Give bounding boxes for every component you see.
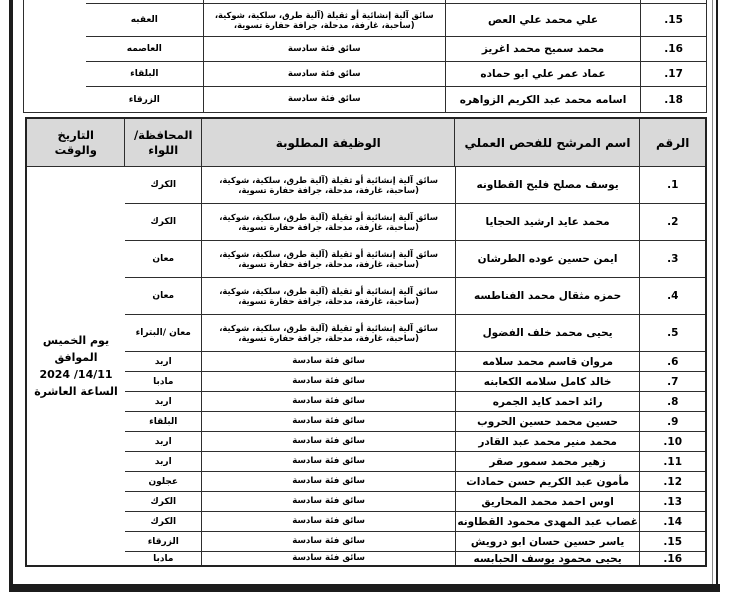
row-number-cell: 11. xyxy=(639,452,705,471)
job-line: (ساحبة، غارفة، مدحلة، جرافة حفارة تسوية، xyxy=(238,222,419,233)
job-line: سائق فئة سادسة xyxy=(288,44,361,55)
job-line: سائق فئة سادسة xyxy=(292,396,365,407)
table-row: 2.محمد عايد ارشيد الحجاياسائق آلية إنشائ… xyxy=(125,204,705,241)
candidate-name-cell: اوس احمد محمد المحاريق xyxy=(455,492,640,511)
job-cell: سائق فئة سادسة xyxy=(201,552,454,565)
candidate-name-cell: حمزه مثقال محمد الفناطسه xyxy=(455,278,640,314)
candidates-table-main: الرقم اسم المرشح للفحص العملي الوظيفة ال… xyxy=(25,117,707,567)
table-row: 11.زهير محمد سمور صقرسائق فئة سادسةاربد xyxy=(125,452,705,472)
governorate-cell: معان xyxy=(125,241,201,277)
job-line: سائق آلية إنشائية أو ثقيلة (آلية طرق، سل… xyxy=(219,212,438,223)
table-row: 15.علي محمد علي العصسائق آلية إنشائية أو… xyxy=(86,4,706,37)
header-required-job: الوظيفة المطلوبة xyxy=(201,119,455,166)
job-cell: سائق فئة سادسة xyxy=(203,87,445,112)
job-line: (ساحبة، غارفة، مدحلة، جرافة حفارة تسوية، xyxy=(238,333,419,344)
row-number-cell: 1. xyxy=(639,167,705,203)
candidate-name-cell: خالد كامل سلامه الكعابنه xyxy=(455,372,640,391)
job-cell: سائق آلية إنشائية أو ثقيلة (آلية طرق، سل… xyxy=(201,315,454,351)
governorate-cell: الكرك xyxy=(125,204,201,240)
job-line: سائق فئة سادسة xyxy=(288,69,361,80)
job-line: سائق فئة سادسة xyxy=(292,553,365,564)
candidate-name-cell: محمد سميح محمد اغريز xyxy=(445,37,640,61)
job-line: سائق فئة سادسة xyxy=(292,416,365,427)
row-number-cell: 5. xyxy=(639,315,705,351)
candidate-name-cell: زهير محمد سمور صقر xyxy=(455,452,640,471)
job-line: (ساحبة، غارفة، مدحلة، جرافة حفارة تسوية، xyxy=(238,296,419,307)
job-line: (ساحبة، غارفة، مدحلة، جرافة حفارة تسوية، xyxy=(238,259,419,270)
governorate-cell: الزرقاء xyxy=(86,87,203,112)
table-row: 15.ياسر حسين حسان ابو درويشسائق فئة سادس… xyxy=(125,532,705,552)
governorate-cell: اربد xyxy=(125,392,201,411)
row-number-cell: 6. xyxy=(639,352,705,371)
job-cell: سائق فئة سادسة xyxy=(201,432,454,451)
table-body: 15.علي محمد علي العصسائق آلية إنشائية أو… xyxy=(86,0,706,112)
candidate-name-cell: اسامه محمد عبد الكريم الزواهره xyxy=(445,87,640,112)
row-number-cell: 16. xyxy=(640,37,706,61)
job-line: سائق فئة سادسة xyxy=(292,456,365,467)
governorate-cell: البلقاء xyxy=(125,412,201,431)
job-cell: سائق آلية إنشائية أو ثقيلة (آلية طرق، سل… xyxy=(201,278,454,314)
job-line: سائق فئة سادسة xyxy=(292,516,365,527)
job-cell: سائق فئة سادسة xyxy=(203,37,445,61)
job-line: سائق فئة سادسة xyxy=(292,376,365,387)
row-number-cell: 13. xyxy=(639,492,705,511)
table-row: 13.اوس احمد محمد المحاريقسائق فئة سادسةا… xyxy=(125,492,705,512)
job-line: (ساحبة، غارفة، مدحلة، جرافة حفارة تسوية، xyxy=(238,185,419,196)
job-cell: سائق فئة سادسة xyxy=(201,352,454,371)
candidate-name-cell: محمد منير محمد عبد القادر xyxy=(455,432,640,451)
table-row: 16.يحيى محمود يوسف الحبابسهسائق فئة سادس… xyxy=(125,552,705,565)
job-cell: سائق فئة سادسة xyxy=(203,62,445,86)
header-datetime: التاريخوالوقت xyxy=(27,119,124,166)
table-row: 10.محمد منير محمد عبد القادرسائق فئة ساد… xyxy=(125,432,705,452)
job-cell: سائق فئة سادسة xyxy=(201,392,454,411)
job-cell: سائق آلية إنشائية أو ثقيلة (آلية طرق، سل… xyxy=(201,241,454,277)
table-row: 18.اسامه محمد عبد الكريم الزواهرهسائق فئ… xyxy=(86,87,706,112)
job-cell: سائق فئة سادسة xyxy=(201,472,454,491)
candidates-table-previous: 15.علي محمد علي العصسائق آلية إنشائية أو… xyxy=(23,0,707,113)
table-row: 17.عماد عمر علي ابو حمادهسائق فئة سادسةا… xyxy=(86,62,706,87)
row-number-cell: 8. xyxy=(639,392,705,411)
row-number-cell: 18. xyxy=(640,87,706,112)
job-line: سائق فئة سادسة xyxy=(292,536,365,547)
job-line: سائق فئة سادسة xyxy=(288,94,361,105)
row-number-cell: 10. xyxy=(639,432,705,451)
job-line: سائق فئة سادسة xyxy=(292,356,365,367)
job-cell: سائق فئة سادسة xyxy=(201,412,454,431)
row-number-cell: 16. xyxy=(639,552,705,565)
candidate-name-cell: ايمن حسين عوده الطرشان xyxy=(455,241,640,277)
table-row: 16.محمد سميح محمد اغريزسائق فئة سادسةالع… xyxy=(86,37,706,62)
table-row: 12.مأمون عبد الكريم حسن حماداتسائق فئة س… xyxy=(125,472,705,492)
governorate-cell: البلقاء xyxy=(86,62,203,86)
governorate-cell: عجلون xyxy=(125,472,201,491)
job-cell: سائق فئة سادسة xyxy=(201,372,454,391)
scanned-document-page: { "page": { "kind": "جدول مرشحي الفحص ال… xyxy=(0,0,734,600)
header-candidate-name: اسم المرشح للفحص العملي xyxy=(454,119,639,166)
governorate-cell: العقبه xyxy=(86,4,203,36)
table-row: 4.حمزه مثقال محمد الفناطسهسائق آلية إنشا… xyxy=(125,278,705,315)
governorate-cell xyxy=(86,0,203,3)
job-cell: سائق آلية إنشائية أو ثقيلة (آلية طرق، سل… xyxy=(201,204,454,240)
governorate-cell: مادبا xyxy=(125,552,201,565)
governorate-cell: العاصمه xyxy=(86,37,203,61)
row-number-cell xyxy=(640,0,706,3)
candidate-name-cell: عماد عمر علي ابو حماده xyxy=(445,62,640,86)
governorate-cell: اربد xyxy=(125,432,201,451)
job-line: سائق آلية إنشائية أو ثقيلة (آلية طرق، سل… xyxy=(219,249,438,260)
candidate-name-cell xyxy=(445,0,640,3)
table-row: 6.مروان قاسم محمد سلامهسائق فئة سادسةارب… xyxy=(125,352,705,372)
page-border-right xyxy=(716,0,718,592)
header-governorate: المحافظة/اللواء xyxy=(124,119,201,166)
header-number: الرقم xyxy=(639,119,705,166)
table-body: 1.يوسف مصلح فليح القطاونهسائق آلية إنشائ… xyxy=(125,167,705,565)
job-line: سائق فئة سادسة xyxy=(292,496,365,507)
governorate-cell: الكرك xyxy=(125,492,201,511)
table-row: 8.رائد احمد كايد الجمرهسائق فئة سادسةارب… xyxy=(125,392,705,412)
job-cell: سائق فئة سادسة xyxy=(201,452,454,471)
table-row: 1.يوسف مصلح فليح القطاونهسائق آلية إنشائ… xyxy=(125,167,705,204)
candidate-name-cell: يوسف مصلح فليح القطاونه xyxy=(455,167,640,203)
governorate-cell: الكرك xyxy=(125,167,201,203)
row-number-cell: 12. xyxy=(639,472,705,491)
table-row: 14.غصاب عبد المهدى محمود القطاونهسائق فئ… xyxy=(125,512,705,532)
table-row: 5.يحيى محمد خلف الفضولسائق آلية إنشائية … xyxy=(125,315,705,352)
candidate-name-cell: يحيى محمد خلف الفضول xyxy=(455,315,640,351)
row-number-cell: 7. xyxy=(639,372,705,391)
job-cell: سائق فئة سادسة xyxy=(201,492,454,511)
candidate-name-cell: رائد احمد كايد الجمره xyxy=(455,392,640,411)
row-number-cell: 9. xyxy=(639,412,705,431)
candidate-name-cell: محمد عايد ارشيد الحجايا xyxy=(455,204,640,240)
table-row: 9.حسين محمد حسين الحروبسائق فئة سادسةالب… xyxy=(125,412,705,432)
job-line: سائق آلية إنشائية أو ثقيلة (آلية طرق، سل… xyxy=(219,323,438,334)
candidate-name-cell: حسين محمد حسين الحروب xyxy=(455,412,640,431)
job-line: سائق آلية إنشائية أو ثقيلة (آلية طرق، سل… xyxy=(215,10,434,21)
job-cell: سائق آلية إنشائية أو ثقيلة (آلية طرق، سل… xyxy=(203,4,445,36)
governorate-cell: اربد xyxy=(125,452,201,471)
page-border-right-inner xyxy=(712,0,713,592)
governorate-cell: الكرك xyxy=(125,512,201,531)
datetime-merged-cell xyxy=(24,0,86,112)
row-number-cell: 15. xyxy=(640,4,706,36)
table-header-row: الرقم اسم المرشح للفحص العملي الوظيفة ال… xyxy=(27,119,705,167)
candidate-name-cell: مأمون عبد الكريم حسن حمادات xyxy=(455,472,640,491)
row-number-cell: 4. xyxy=(639,278,705,314)
row-number-cell: 17. xyxy=(640,62,706,86)
job-cell: سائق فئة سادسة xyxy=(201,532,454,551)
page-border-bottom xyxy=(9,584,720,592)
datetime-merged-cell: يوم الخميسالموافق14/11/ 2024الساعة العاش… xyxy=(27,167,125,565)
job-line: سائق فئة سادسة xyxy=(292,476,365,487)
job-cell xyxy=(203,0,445,3)
governorate-cell: الزرقاء xyxy=(125,532,201,551)
page-border-left xyxy=(9,0,13,592)
row-number-cell: 14. xyxy=(639,512,705,531)
candidate-name-cell: علي محمد علي العص xyxy=(445,4,640,36)
table-row: 3.ايمن حسين عوده الطرشانسائق آلية إنشائي… xyxy=(125,241,705,278)
row-number-cell: 15. xyxy=(639,532,705,551)
governorate-cell: مادبا xyxy=(125,372,201,391)
candidate-name-cell: مروان قاسم محمد سلامه xyxy=(455,352,640,371)
job-line: (ساحبة، غارفة، مدحلة، جرافة حفارة تسوية، xyxy=(234,20,415,31)
candidate-name-cell: غصاب عبد المهدى محمود القطاونه xyxy=(455,512,640,531)
job-cell: سائق فئة سادسة xyxy=(201,512,454,531)
governorate-cell: معان xyxy=(125,278,201,314)
row-number-cell: 3. xyxy=(639,241,705,277)
row-number-cell: 2. xyxy=(639,204,705,240)
job-cell: سائق آلية إنشائية أو ثقيلة (آلية طرق، سل… xyxy=(201,167,454,203)
candidate-name-cell: يحيى محمود يوسف الحبابسه xyxy=(455,552,640,565)
governorate-cell: معان /البتراء xyxy=(125,315,201,351)
job-line: سائق آلية إنشائية أو ثقيلة (آلية طرق، سل… xyxy=(219,286,438,297)
job-line: سائق آلية إنشائية أو ثقيلة (آلية طرق، سل… xyxy=(219,175,438,186)
job-line: سائق فئة سادسة xyxy=(292,436,365,447)
table-row: 7.خالد كامل سلامه الكعابنهسائق فئة سادسة… xyxy=(125,372,705,392)
candidate-name-cell: ياسر حسين حسان ابو درويش xyxy=(455,532,640,551)
governorate-cell: اربد xyxy=(125,352,201,371)
